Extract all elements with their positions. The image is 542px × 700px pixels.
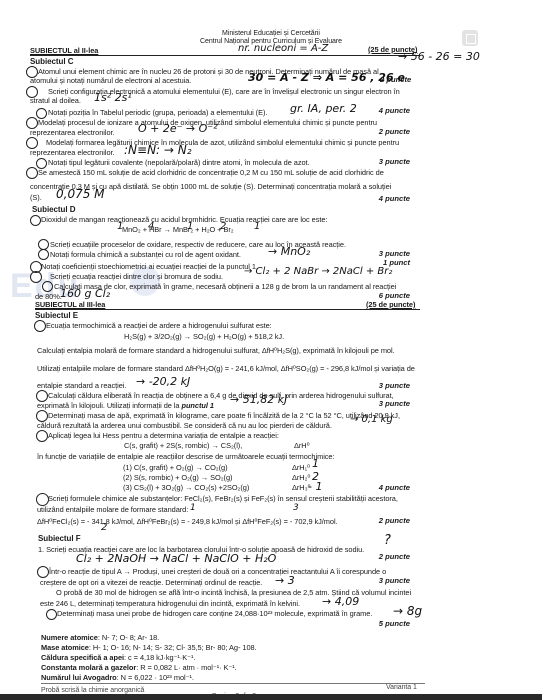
points-label: 2 puncte — [370, 552, 410, 561]
question-text: reprezentarea electronilor. — [30, 128, 115, 137]
equation: (3) CS₂(l) + 3O₂(g) → CO₂(s) +2SO₂(g) — [123, 483, 249, 492]
label: Constanta molară a gazelor — [41, 663, 136, 672]
handwritten-note: → -20,2 kJ — [136, 375, 190, 388]
question-circle — [37, 566, 49, 578]
divider — [30, 55, 420, 56]
document-page: Edu Ministerul Educației și Cercetării C… — [0, 0, 542, 700]
handwritten-note: 0,075 M — [56, 187, 105, 201]
handwritten-note: O + 2e⁻ → O⁻² — [138, 122, 218, 135]
question-circle — [30, 215, 41, 226]
question-text: Într-o reacție de tipul A → Produși, une… — [49, 567, 386, 576]
points-label: 3 puncte — [370, 157, 410, 166]
question-text: căldură rezultată la arderea unui combus… — [37, 421, 332, 430]
section-title: SUBIECTUL al II-lea — [30, 46, 98, 55]
points-label: 4 puncte — [370, 483, 410, 492]
handwritten-note: → 8g — [393, 604, 422, 618]
label: Mase atomice — [41, 643, 89, 652]
points-label: 6 puncte — [370, 291, 410, 300]
handwritten-coef: 1 — [187, 221, 193, 232]
subsection-title: Subiectul C — [30, 57, 73, 66]
question-text: Determinați masa de apă, exprimată în ki… — [48, 411, 400, 420]
handwritten-coef: 1 — [117, 221, 123, 232]
handwritten-note: → 56 - 26 = 30 — [398, 50, 480, 63]
question-text: utilizând entalpiile molare de formare s… — [37, 505, 188, 514]
question-text: Determinați masa unei probe de hidrogen … — [57, 609, 372, 618]
handwritten-note: nr. nucleoni = A-Z — [238, 43, 328, 54]
question-text: în funcție de variațiile de entalpie ale… — [37, 452, 335, 461]
points-label: 3 puncte — [370, 249, 410, 258]
constants-atomic-masses: Mase atomice: H- 1; O- 16; N- 14; S- 32;… — [41, 643, 257, 652]
value: : R = 0,082 L· atm · mol⁻¹· K⁻¹. — [136, 663, 236, 672]
question-text: (S). — [30, 193, 42, 202]
enthalpy-symbol: ΔrH⁰ — [294, 441, 310, 450]
enthalpy-symbol: ΔrH₁⁰ — [292, 463, 310, 472]
handwritten-note: → Cl₂ + 2 NaBr → 2NaCl + Br₂ — [244, 266, 392, 277]
text-span: exprimată în kilojouli. Utilizați inform… — [37, 401, 182, 410]
constants-atomic-numbers: Numere atomice: N- 7; O- 8; Ar- 18. — [41, 633, 159, 642]
question-text: exprimată în kilojouli. Utilizați inform… — [37, 401, 214, 410]
handwritten-note: 160 g Cl₂ — [60, 287, 110, 300]
subsection-title: Subiectul F — [38, 534, 81, 543]
question-text: Notați formula chimică a substanței cu r… — [50, 250, 241, 259]
value: : c = 4,18 kJ·kg⁻¹·K⁻¹. — [124, 653, 195, 662]
points-label: 2 puncte — [370, 516, 410, 525]
handwritten-note: 3 — [293, 503, 299, 513]
question-text: Dioxidul de mangan reacționează cu acidu… — [41, 215, 327, 224]
handwritten-note: Cl₂ + 2NaOH → NaCl + NaClO + H₂O — [76, 552, 276, 565]
question-text: Notați tipul legăturii covalente (nepola… — [48, 158, 310, 167]
question-text: Scrieți formulele chimice ale substanțel… — [48, 494, 398, 503]
handwritten-note: → 0,1 kg — [350, 414, 393, 425]
points-label: 3 puncte — [370, 576, 410, 585]
question-text: creștere de opt ori a vitezei de reacție… — [40, 578, 262, 587]
subsection-title: Subiectul D — [32, 205, 75, 214]
question-text: entalpie standard a reacției. — [37, 381, 126, 390]
value: : N- 7; O- 8; Ar- 18. — [98, 633, 159, 642]
question-text: Se amestecă 150 mL soluție de acid clorh… — [38, 168, 384, 177]
question-text: Notați poziția în Tabelul periodic (grup… — [48, 108, 267, 117]
handwritten-note: → 51,82 kJ — [230, 393, 287, 406]
question-circle — [42, 281, 53, 292]
value: : H- 1; O- 16; N- 14; S- 32; Cl- 35,5; B… — [89, 643, 257, 652]
footer-variant: Varianta 1 — [386, 683, 417, 692]
handwritten-note: gr. IA, per. 2 — [290, 102, 357, 115]
section-title: SUBIECTUL al III-lea — [35, 300, 105, 309]
question-text: reprezentarea electronilor. — [30, 148, 115, 157]
handwritten-note: - 1 — [308, 480, 322, 493]
value: : N = 6,022 · 10²³ mol⁻¹. — [117, 673, 194, 682]
divider — [35, 309, 420, 310]
handwritten-note: 30 = A - Z ⇒ A = 56 , 26 e — [248, 71, 405, 84]
question-text: este 246 L, determinați temperatura hidr… — [40, 599, 300, 608]
question-text: atomului și notați numărul de electroni … — [30, 76, 191, 85]
handwritten-note: → 4,09 — [322, 595, 359, 608]
handwritten-coef: 2 — [220, 221, 226, 232]
question-text: Notați coeficienții stoechiometrici ai e… — [41, 262, 258, 271]
points-label: 4 puncte — [370, 106, 410, 115]
points-label: 3 puncte — [370, 399, 410, 408]
handwritten-note: → MnO₂ — [268, 245, 310, 258]
points-label: 2 puncte — [370, 127, 410, 136]
equation: (2) S(s, rombic) + O₂(g) → SO₂(g) — [123, 473, 232, 482]
question-text: Ecuația termochimică a reacției de arder… — [46, 321, 272, 330]
question-text: stratul al doilea. — [30, 96, 81, 105]
question-text: Aplicați legea lui Hess pentru a determi… — [48, 431, 279, 440]
section-points: (25 de puncte) — [366, 300, 415, 309]
equation: H₂S(g) + 3/2O₂(g) → SO₂(g) + H₂O(g) + 51… — [124, 332, 284, 341]
handwritten-note: :N≡N: → N₂ — [124, 143, 192, 157]
question-text: Modelați formarea legăturii chimice în m… — [46, 138, 399, 147]
handwritten-note: 1 — [312, 457, 319, 470]
question-text: Scrieți ecuația reacției dintre clor și … — [50, 272, 223, 281]
points-label: 3 puncte — [370, 381, 410, 390]
constants-avogadro: Numărul lui Avogadro: N = 6,022 · 10²³ m… — [41, 673, 194, 682]
question-text: Utilizați entalpiile molare de formare s… — [37, 364, 415, 373]
question-circle — [46, 609, 57, 620]
handwritten-note: ? — [384, 533, 391, 548]
subsection-title: Subiectul E — [35, 311, 78, 320]
constants-gas-constant: Constanta molară a gazelor: R = 0,082 L·… — [41, 663, 237, 672]
viewer-bottom-bar — [0, 694, 542, 700]
label: Căldura specifică a apei — [41, 653, 124, 662]
handwritten-coef: 4 — [148, 221, 154, 232]
equation: C(s, grafit) + 2S(s, rombic) → CS₂(l), — [124, 441, 242, 450]
question-circle — [26, 167, 38, 179]
text-span: punctul 1 — [182, 401, 214, 410]
equation: MnO₂ + HBr → MnBr₂ + H₂O + Br₂ — [122, 225, 234, 234]
question-circle — [30, 271, 42, 283]
handwritten-note: 1s² 2s¹ — [94, 91, 132, 104]
question-circle — [36, 430, 48, 442]
handwritten-note: 1 — [190, 503, 196, 513]
handwritten-coef: 1 — [254, 221, 260, 232]
question-circle — [38, 249, 49, 260]
question-text: ΔfH⁰FeCl₂(s) = - 341,8 kJ/mol, ΔfH⁰FeBr₂… — [37, 517, 338, 526]
points-label: 4 puncte — [370, 194, 410, 203]
equation: (1) C(s, grafit) + O₂(g) → CO₂(g) — [123, 463, 228, 472]
label: Numărul lui Avogadro — [41, 673, 117, 682]
question-text: Calculați entalpia molară de formare sta… — [37, 346, 395, 355]
handwritten-note: 2 — [101, 522, 107, 533]
question-circle — [34, 320, 46, 332]
points-label: 5 puncte — [370, 619, 410, 628]
constants-specific-heat: Căldura specifică a apei: c = 4,18 kJ·kg… — [41, 653, 195, 662]
question-text: Calculați căldura eliberată în reacția d… — [48, 391, 394, 400]
label: Numere atomice — [41, 633, 98, 642]
handwritten-note: → 3 — [275, 574, 295, 587]
footer-divider — [41, 683, 425, 684]
